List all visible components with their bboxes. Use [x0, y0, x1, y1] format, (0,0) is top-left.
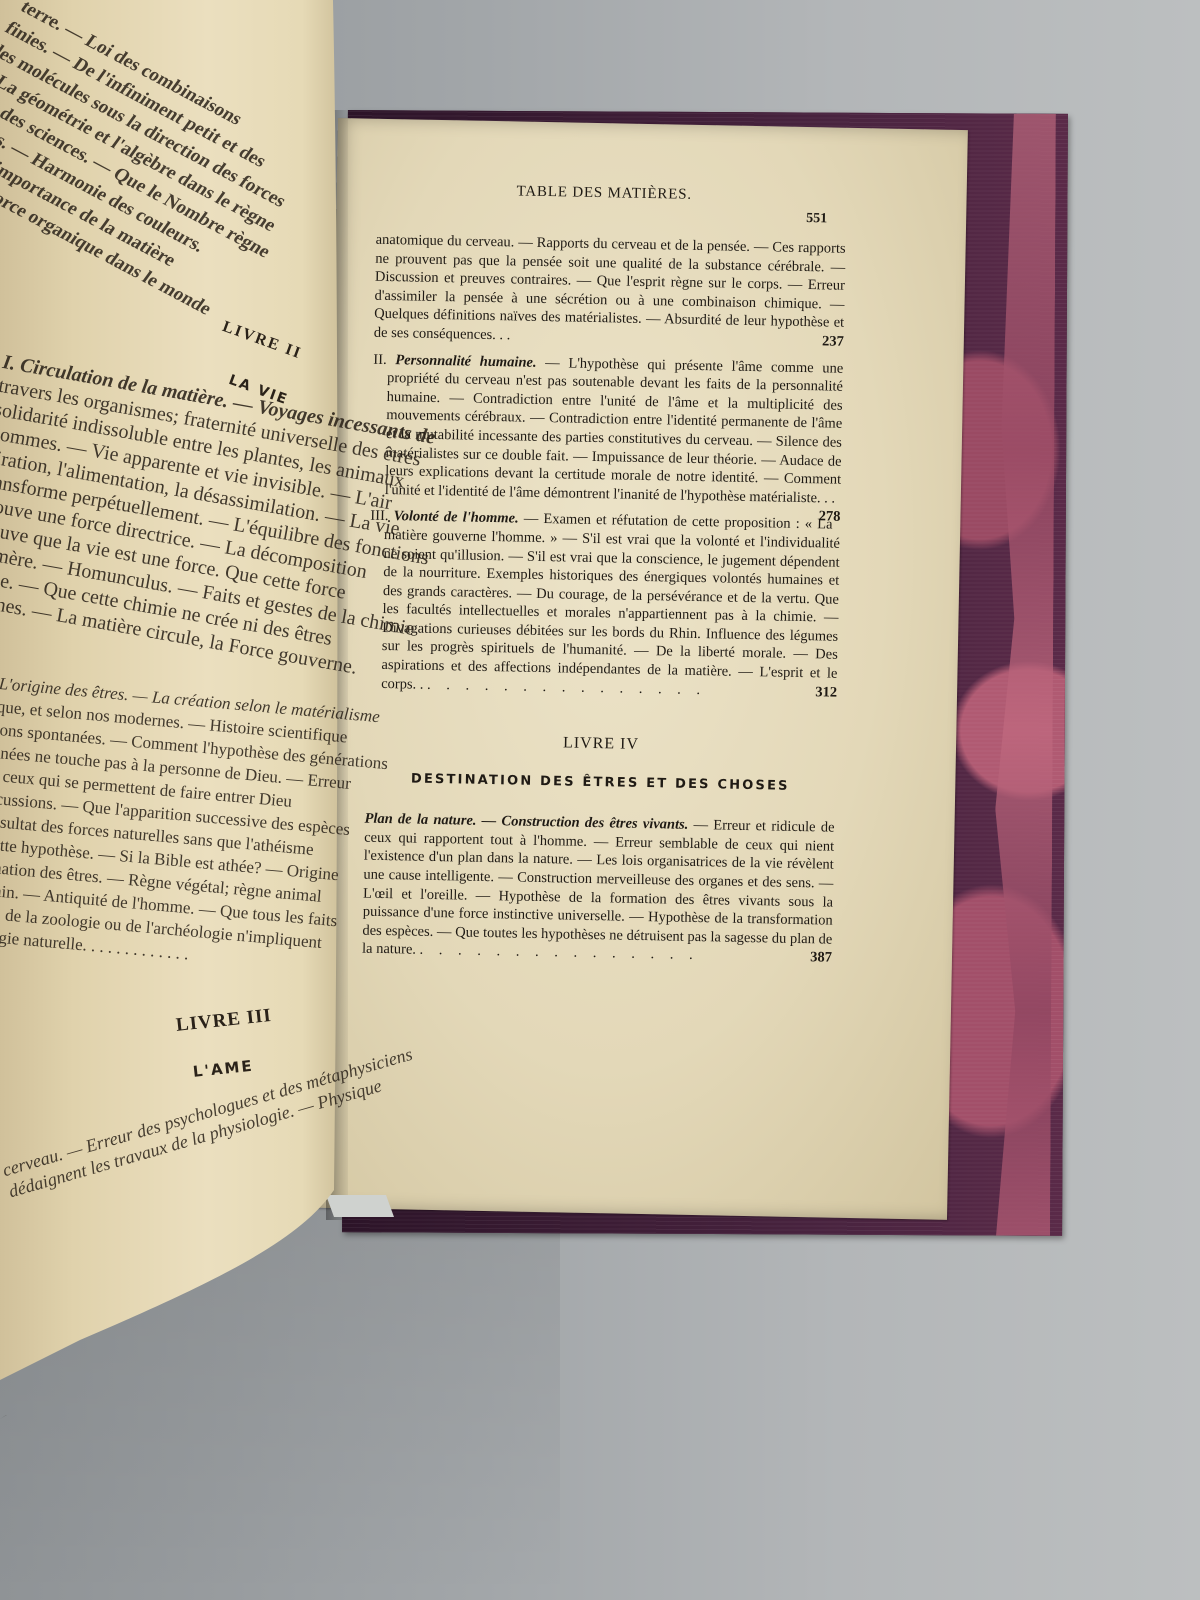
- leader-dots: . . . . . . . . . . . . . . .: [427, 676, 706, 697]
- livre-iv-heading: LIVRE IV: [366, 731, 836, 758]
- livre-iv-subtitle: DESTINATION DES ÊTRES ET DES CHOSES: [365, 771, 835, 795]
- toc-content: anatomique du cerveau. — Rapports du cer…: [362, 231, 846, 968]
- entry-numeral: II.: [373, 351, 387, 367]
- running-head: TABLE DES MATIÈRES.: [516, 183, 692, 203]
- toc-entry-plan-nature: Plan de la nature. — Construction des êt…: [362, 810, 835, 968]
- entry-page-number: 237: [822, 332, 844, 351]
- toc-entry-continuation: anatomique du cerveau. — Rapports du cer…: [374, 231, 846, 352]
- entry-title: Personnalité humaine.: [395, 352, 537, 371]
- cover-marbling: [990, 114, 1056, 1236]
- page-number: 551: [806, 211, 827, 227]
- entry-page-number: 387: [810, 949, 832, 968]
- entry-page-number: 312: [829, 683, 837, 702]
- leader-dots: . . . . . . . . . . . . . . .: [419, 942, 698, 963]
- entry-text: — Erreur et ridicule de ceux qui rapport…: [362, 817, 835, 958]
- left-page-origine-text: L'origine des êtres. — La création selon…: [0, 672, 393, 981]
- entry-page-number: 278: [832, 508, 840, 527]
- entry-text: — Examen et réfutation de cette proposit…: [381, 511, 840, 693]
- toc-entry-volonte: III. Volonté de l'homme. — Examen et réf…: [367, 507, 840, 702]
- entry-text: — L'hypothèse qui présente l'âme comme u…: [385, 354, 844, 506]
- right-page: TABLE DES MATIÈRES. 551 anatomique du ce…: [317, 118, 968, 1220]
- entry-text: anatomique du cerveau. — Rapports du cer…: [374, 232, 846, 344]
